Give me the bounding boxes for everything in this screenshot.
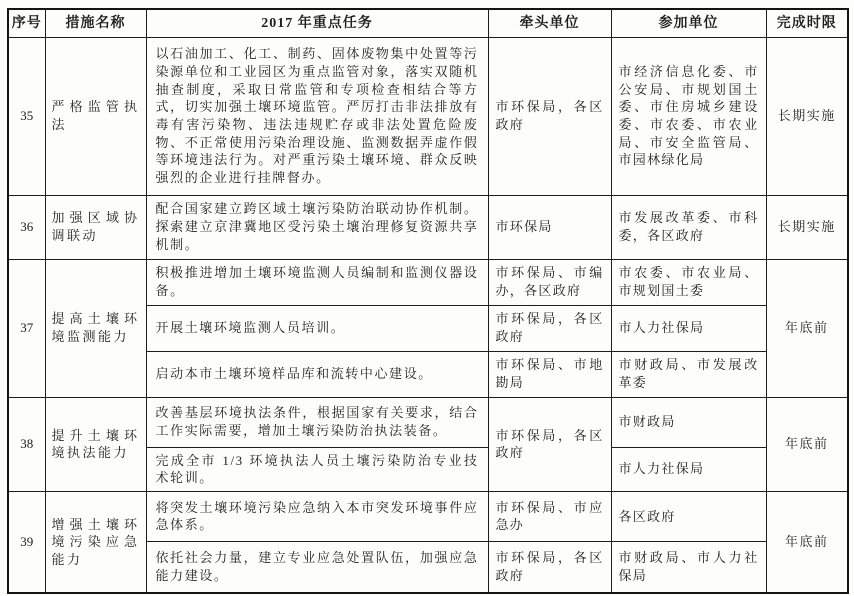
header-col-measure: 措施名称 bbox=[45, 9, 146, 37]
row-number: 36 bbox=[8, 195, 45, 259]
table-row: 36 加强区域协调联动 配合国家建立跨区域土壤污染防治联动协作机制。探索建立京津… bbox=[8, 195, 848, 259]
participating-units: 各区政府 bbox=[611, 491, 766, 541]
task-text: 以石油加工、化工、制药、固体废物集中处置等污染源单位和工业园区为重点监管对象，落… bbox=[146, 37, 488, 195]
table-row: 35 严格监管执法 以石油加工、化工、制药、固体废物集中处置等污染源单位和工业园… bbox=[8, 37, 848, 195]
task-text: 启动本市土壤环境样品库和流转中心建设。 bbox=[146, 351, 488, 397]
measure-name: 严格监管执法 bbox=[45, 37, 146, 195]
lead-unit: 市环保局，各区政府 bbox=[488, 541, 611, 593]
measure-name: 加强区域协调联动 bbox=[45, 195, 146, 259]
participating-units: 市人力社保局 bbox=[611, 305, 766, 351]
participating-units: 市财政局 bbox=[611, 397, 766, 447]
deadline: 年底前 bbox=[766, 259, 848, 397]
deadline: 年底前 bbox=[766, 491, 848, 593]
task-text: 将突发土壤环境污染应急纳入本市突发环境事件应急体系。 bbox=[146, 491, 488, 541]
lead-unit: 市环保局，各区政府 bbox=[488, 305, 611, 351]
table-header-row: 序号 措施名称 2017 年重点任务 牵头单位 参加单位 完成时限 bbox=[8, 9, 848, 37]
measures-table: 序号 措施名称 2017 年重点任务 牵头单位 参加单位 完成时限 35 严格监… bbox=[7, 8, 849, 594]
document-page: 序号 措施名称 2017 年重点任务 牵头单位 参加单位 完成时限 35 严格监… bbox=[0, 0, 854, 596]
row-number: 37 bbox=[8, 259, 45, 397]
row-number: 39 bbox=[8, 491, 45, 593]
measure-name: 提高土壤环境监测能力 bbox=[45, 259, 146, 397]
participating-units: 市经济信息化委、市公安局、市规划国土委、市住房城乡建设委、市农委、市农业局、市安… bbox=[611, 37, 766, 195]
task-text: 完成全市 1/3 环境执法人员土壤污染防治专业技术轮训。 bbox=[146, 447, 488, 491]
lead-unit: 市环保局，各区政府 bbox=[488, 37, 611, 195]
task-text: 改善基层环境执法条件，根据国家有关要求，结合工作实际需要，增加土壤污染防治执法装… bbox=[146, 397, 488, 447]
deadline: 长期实施 bbox=[766, 37, 848, 195]
measure-name: 提升土壤环境执法能力 bbox=[45, 397, 146, 491]
header-col-tasks: 2017 年重点任务 bbox=[146, 9, 488, 37]
lead-unit: 市环保局、市地勘局 bbox=[488, 351, 611, 397]
header-col-no: 序号 bbox=[8, 9, 45, 37]
table-row: 37 提高土壤环境监测能力 积极推进增加土壤环境监测人员编制和监测仪器设备。 市… bbox=[8, 259, 848, 305]
deadline: 年底前 bbox=[766, 397, 848, 491]
row-number: 35 bbox=[8, 37, 45, 195]
task-text: 配合国家建立跨区域土壤污染防治联动协作机制。探索建立京津冀地区受污染土壤治理修复… bbox=[146, 195, 488, 259]
deadline: 长期实施 bbox=[766, 195, 848, 259]
lead-unit: 市环保局 bbox=[488, 195, 611, 259]
participating-units: 市财政局、市发展改革委 bbox=[611, 351, 766, 397]
lead-unit: 市环保局，各区政府 bbox=[488, 397, 611, 491]
participating-units: 市人力社保局 bbox=[611, 447, 766, 491]
task-text: 开展土壤环境监测人员培训。 bbox=[146, 305, 488, 351]
lead-unit: 市环保局、市应急办 bbox=[488, 491, 611, 541]
task-text: 积极推进增加土壤环境监测人员编制和监测仪器设备。 bbox=[146, 259, 488, 305]
header-col-deadline: 完成时限 bbox=[766, 9, 848, 37]
table-row: 39 增强土壤环境污染应急能力 将突发土壤环境污染应急纳入本市突发环境事件应急体… bbox=[8, 491, 848, 541]
participating-units: 市农委、市农业局、市规划国土委 bbox=[611, 259, 766, 305]
row-number: 38 bbox=[8, 397, 45, 491]
lead-unit: 市环保局、市编办，各区政府 bbox=[488, 259, 611, 305]
participating-units: 市财政局、市人力社保局 bbox=[611, 541, 766, 593]
participating-units: 市发展改革委、市科委，各区政府 bbox=[611, 195, 766, 259]
table-row: 38 提升土壤环境执法能力 改善基层环境执法条件，根据国家有关要求，结合工作实际… bbox=[8, 397, 848, 447]
measure-name: 增强土壤环境污染应急能力 bbox=[45, 491, 146, 593]
header-col-participants: 参加单位 bbox=[611, 9, 766, 37]
task-text: 依托社会力量，建立专业应急处置队伍，加强应急能力建设。 bbox=[146, 541, 488, 593]
header-col-lead: 牵头单位 bbox=[488, 9, 611, 37]
